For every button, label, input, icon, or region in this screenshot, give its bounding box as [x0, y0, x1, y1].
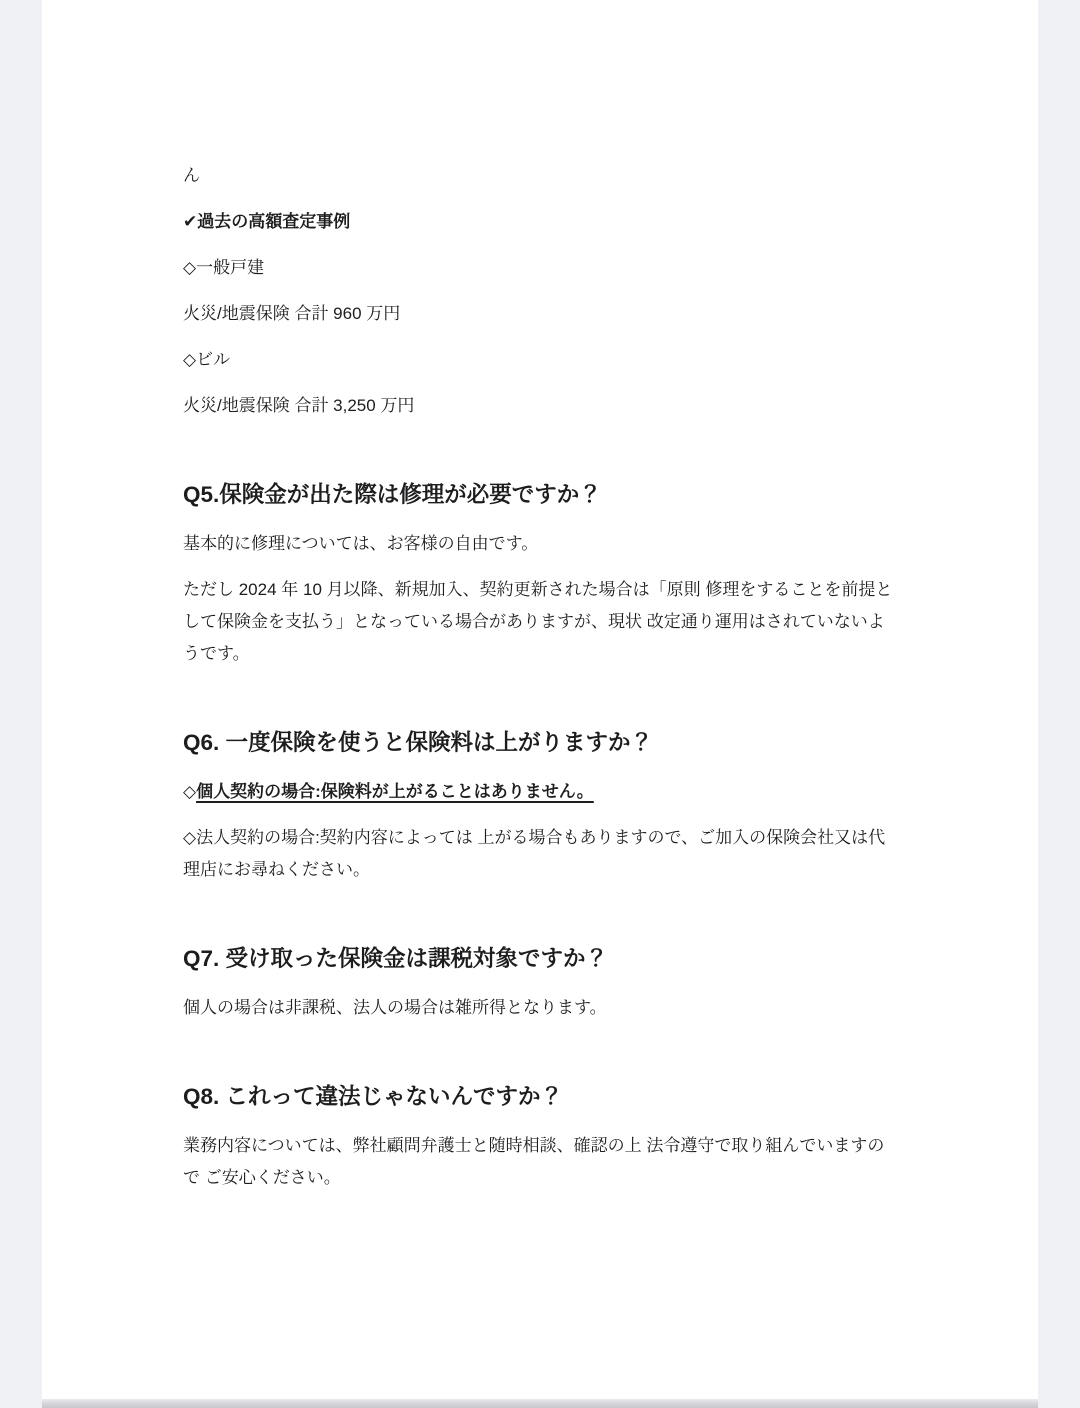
faq-question-q5: Q5.保険金が出た際は修理が必要ですか？	[183, 478, 900, 512]
faq-answer: ただし 2024 年 10 月以降、新規加入、契約更新された場合は「原則 修理を…	[183, 574, 900, 670]
paragraph-fragment: ん	[183, 160, 900, 192]
viewer-background: ん ✔過去の高額査定事例 ◇一般戸建 火災/地震保険 合計 960 万円 ◇ビル…	[0, 0, 1080, 1408]
faq-answer-personal-text: 個人契約の場合:保険料が上がることはありません。	[196, 782, 594, 801]
faq-answer: 業務内容については、弊社顧問弁護士と随時相談、確認の上 法令遵守で取り組んでいま…	[183, 1130, 900, 1194]
document-page: ん ✔過去の高額査定事例 ◇一般戸建 火災/地震保険 合計 960 万円 ◇ビル…	[42, 0, 1038, 1408]
diamond-icon: ◇	[183, 782, 196, 801]
document-content: ん ✔過去の高額査定事例 ◇一般戸建 火災/地震保険 合計 960 万円 ◇ビル…	[42, 0, 1038, 1194]
faq-question-q7: Q7. 受け取った保険金は課税対象ですか？	[183, 942, 900, 976]
faq-question-q6: Q6. 一度保険を使うと保険料は上がりますか？	[183, 726, 900, 760]
assessment-item-label: ◇一般戸建	[183, 252, 900, 284]
faq-question-q8: Q8. これって違法じゃないんですか？	[183, 1080, 900, 1114]
faq-answer: 個人の場合は非課税、法人の場合は雑所得となります。	[183, 992, 900, 1024]
faq-answer-personal: ◇個人契約の場合:保険料が上がることはありません。	[183, 776, 900, 808]
assessment-heading-text: 過去の高額査定事例	[197, 212, 350, 231]
check-icon: ✔	[183, 212, 197, 231]
assessment-heading: ✔過去の高額査定事例	[183, 206, 900, 238]
assessment-item-value: 火災/地震保険 合計 960 万円	[183, 298, 900, 330]
faq-answer: 基本的に修理については、お客様の自由です。	[183, 528, 900, 560]
assessment-item-label: ◇ビル	[183, 344, 900, 376]
horizontal-scrollbar[interactable]	[42, 1399, 1038, 1408]
faq-answer-corporate: ◇法人契約の場合:契約内容によっては 上がる場合もありますので、ご加入の保険会社…	[183, 822, 900, 886]
assessment-item-value: 火災/地震保険 合計 3,250 万円	[183, 390, 900, 422]
